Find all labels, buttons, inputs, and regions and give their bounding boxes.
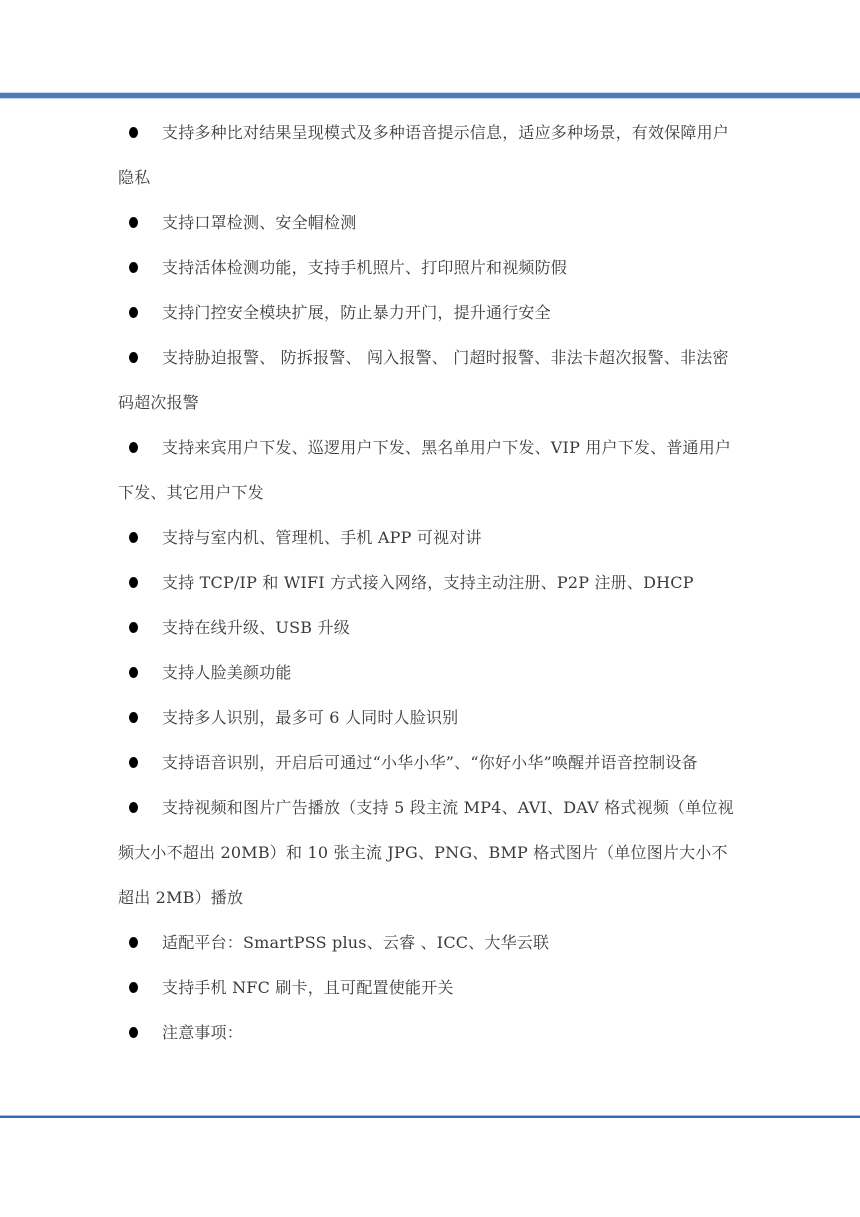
list-item-text: 支持手机 NFC 刷卡，且可配置使能开关 [162,978,454,997]
list-item-text: 支持在线升级、USB 升级 [162,618,350,637]
list-item: 支持活体检测功能，支持手机照片、打印照片和视频防假 [118,245,738,290]
bullet-icon [129,982,138,993]
list-item: 支持语音识别，开启后可通过“小华小华”、“你好小华”唤醒并语音控制设备 [118,740,738,785]
list-item-text: 支持与室内机、管理机、手机 APP 可视对讲 [162,528,482,547]
list-item-text: 支持门控安全模块扩展，防止暴力开门，提升通行安全 [162,303,551,322]
list-item-text: 支持胁迫报警、 防拆报警、 闯入报警、 门超时报警、非法卡超次报警、非法密码超次… [118,348,729,412]
list-item: 支持视频和图片广告播放（支持 5 段主流 MP4、AVI、DAV 格式视频（单位… [118,785,738,920]
bullet-icon [129,622,138,633]
header-rule [0,92,860,99]
list-item: 支持人脸美颜功能 [118,650,738,695]
list-item: 支持与室内机、管理机、手机 APP 可视对讲 [118,515,738,560]
list-item: 注意事项： [118,1010,738,1055]
list-item-text: 支持来宾用户下发、巡逻用户下发、黑名单用户下发、VIP 用户下发、普通用户下发、… [118,438,731,502]
list-item: 支持口罩检测、安全帽检测 [118,200,738,245]
bullet-icon [129,712,138,723]
bullet-icon [129,442,138,453]
list-item-text: 支持口罩检测、安全帽检测 [162,213,356,232]
list-item: 支持门控安全模块扩展，防止暴力开门，提升通行安全 [118,290,738,335]
bullet-icon [129,1027,138,1038]
list-item-text: 注意事项： [162,1023,243,1042]
feature-list: 支持多种比对结果呈现模式及多种语音提示信息，适应多种场景，有效保障用户隐私 支持… [118,110,738,1055]
bullet-icon [129,937,138,948]
list-item-text: 支持活体检测功能，支持手机照片、打印照片和视频防假 [162,258,567,277]
list-item: 支持胁迫报警、 防拆报警、 闯入报警、 门超时报警、非法卡超次报警、非法密码超次… [118,335,738,425]
bullet-icon [129,307,138,318]
list-item-text: 支持语音识别，开启后可通过“小华小华”、“你好小华”唤醒并语音控制设备 [162,753,698,772]
bullet-icon [129,352,138,363]
list-item-text: 支持多人识别，最多可 6 人同时人脸识别 [162,708,458,727]
bullet-icon [129,127,138,138]
list-item: 支持 TCP/IP 和 WIFI 方式接入网络，支持主动注册、P2P 注册、DH… [118,560,738,605]
bullet-icon [129,757,138,768]
list-item-text: 支持视频和图片广告播放（支持 5 段主流 MP4、AVI、DAV 格式视频（单位… [118,798,734,907]
bullet-icon [129,667,138,678]
bullet-icon [129,262,138,273]
footer-rule [0,1115,860,1118]
bullet-icon [129,802,138,813]
list-item-text: 适配平台：SmartPSS plus、云睿 、ICC、大华云联 [162,933,549,952]
list-item: 支持来宾用户下发、巡逻用户下发、黑名单用户下发、VIP 用户下发、普通用户下发、… [118,425,738,515]
bullet-icon [129,577,138,588]
list-item: 支持多种比对结果呈现模式及多种语音提示信息，适应多种场景，有效保障用户隐私 [118,110,738,200]
list-item: 支持在线升级、USB 升级 [118,605,738,650]
bullet-icon [129,217,138,228]
list-item-text: 支持多种比对结果呈现模式及多种语音提示信息，适应多种场景，有效保障用户隐私 [118,123,729,187]
list-item-text: 支持 TCP/IP 和 WIFI 方式接入网络，支持主动注册、P2P 注册、DH… [162,573,694,592]
bullet-icon [129,532,138,543]
list-item: 支持手机 NFC 刷卡，且可配置使能开关 [118,965,738,1010]
list-item-text: 支持人脸美颜功能 [162,663,292,682]
list-item: 适配平台：SmartPSS plus、云睿 、ICC、大华云联 [118,920,738,965]
list-item: 支持多人识别，最多可 6 人同时人脸识别 [118,695,738,740]
